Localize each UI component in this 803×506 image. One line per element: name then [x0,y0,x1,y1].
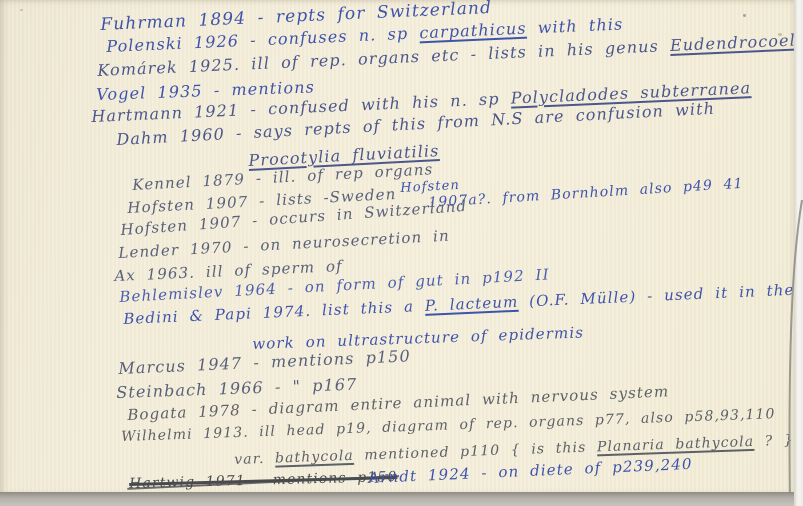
ink-speck [743,14,746,17]
note-hofsten-1907a: 1907a?. from Bornholm also p49 41 [428,177,744,212]
note-marcus-1947: Marcus 1947 - mentions p150 [118,347,411,377]
paper-right-edge [794,0,803,506]
note-bedini-papi-cont: work on ultrastructure of epidermis [252,324,584,352]
scanned-photo: Fuhrman 1894 - repts for SwitzerlandPole… [0,0,803,506]
handwriting-layer: Fuhrman 1894 - repts for SwitzerlandPole… [0,0,803,506]
ink-speck [778,33,782,36]
ink-speck [20,9,23,11]
bottom-shadow-strip [0,492,794,506]
note-struck-out: Hartwig 1971 - mentions p150 [129,470,398,492]
